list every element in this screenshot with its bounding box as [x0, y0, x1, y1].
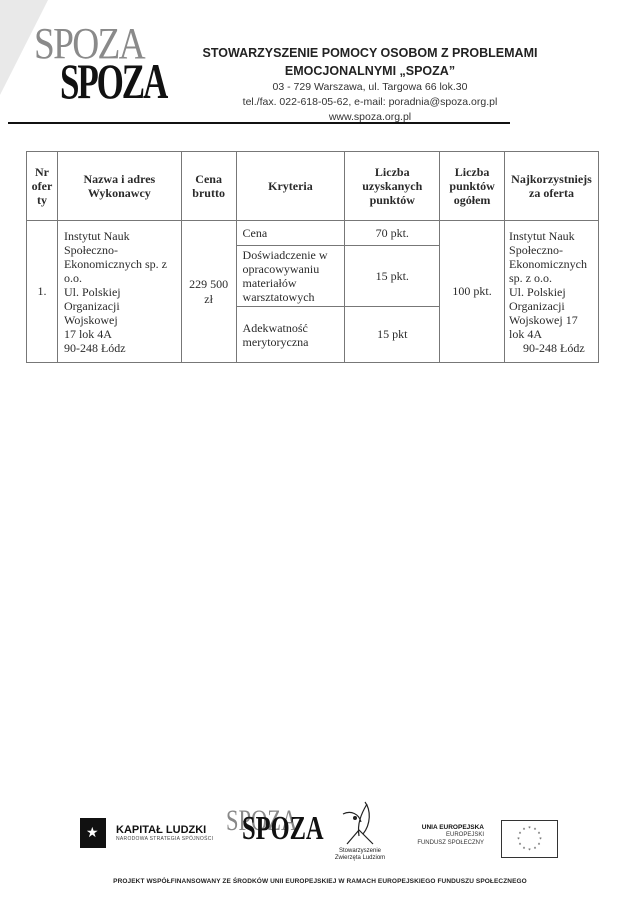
org-name-line2: EMOCJONALNYMI „SPOZA” — [170, 62, 570, 80]
eu-text: UNIA EUROPEJSKA EUROPEJSKI FUNDUSZ SPOŁE… — [410, 824, 484, 847]
spoza-logo-main: SPOZA — [60, 52, 166, 110]
spoza-footer-logo: SPOZA SPOZA — [226, 804, 306, 854]
svg-text:*: * — [534, 828, 537, 834]
org-contact: tel./fax. 022-618-05-62, e-mail: poradni… — [170, 95, 570, 110]
table-header-row: Nroferty Nazwa i adresWykonawcy Cenabrut… — [27, 152, 599, 221]
footer-logos: ★ KAPITAŁ LUDZKI NARODOWA STRATEGIA SPÓJ… — [80, 800, 550, 870]
col-header-total: Liczbapunktówogółem — [440, 152, 505, 221]
org-address: 03 - 729 Warszawa, ul. Targowa 66 lok.30 — [170, 80, 570, 95]
project-funding-note: PROJEKT WSPÓŁFINANSOWANY ZE ŚRODKÓW UNII… — [85, 878, 555, 885]
total-points: 100 pkt. — [440, 221, 505, 363]
col-header-price: Cenabrutto — [181, 152, 236, 221]
criterion-adequacy: Adekwatnośćmerytoryczna — [236, 307, 345, 363]
hand-paw-icon — [337, 800, 383, 848]
kapital-ludzki-icon: ★ — [80, 818, 106, 848]
svg-text:*: * — [528, 848, 531, 854]
spoza-logo: SPOZA SPOZA — [34, 18, 154, 108]
svg-text:*: * — [534, 847, 537, 853]
contractor-cell: Instytut NaukSpołeczno-Ekonomicznych sp.… — [57, 221, 181, 363]
offer-number: 1. — [27, 221, 58, 363]
col-header-criteria: Kryteria — [236, 152, 345, 221]
org-name-line1: STOWARZYSZENIE POMOCY OSOBOM Z PROBLEMAM… — [170, 44, 570, 62]
svg-text:*: * — [538, 843, 541, 849]
criterion-experience: Doświadczenie wopracowywaniumateriałówwa… — [236, 246, 345, 307]
best-offer-cell: Instytut NaukSpołeczno-Ekonomicznychsp. … — [505, 221, 599, 363]
svg-text:*: * — [523, 847, 526, 853]
svg-text:*: * — [523, 828, 526, 834]
header-divider — [8, 122, 510, 124]
zwierzeta-ludziom-logo: Stowarzyszenie Zwierzęta Ludziom — [325, 800, 395, 862]
col-header-nr: Nroferty — [27, 152, 58, 221]
svg-text:*: * — [519, 832, 522, 838]
svg-text:*: * — [519, 843, 522, 849]
svg-text:*: * — [528, 826, 531, 832]
criterion-adequacy-points: 15 pkt — [345, 307, 440, 363]
col-header-points: Liczbauzyskanychpunktów — [345, 152, 440, 221]
criterion-experience-points: 15 pkt. — [345, 246, 440, 307]
table-row: 1. Instytut NaukSpołeczno-Ekonomicznych … — [27, 221, 599, 246]
criterion-price: Cena — [236, 221, 345, 246]
offers-table: Nroferty Nazwa i adresWykonawcy Cenabrut… — [26, 151, 599, 363]
col-header-contractor: Nazwa i adresWykonawcy — [57, 152, 181, 221]
kapital-ludzki-logo: KAPITAŁ LUDZKI NARODOWA STRATEGIA SPÓJNO… — [116, 824, 213, 842]
col-header-best-offer: Najkorzystniejsza oferta — [505, 152, 599, 221]
eu-flag-icon: **** **** **** — [501, 820, 558, 858]
criterion-price-points: 70 pkt. — [345, 221, 440, 246]
organization-header: STOWARZYSZENIE POMOCY OSOBOM Z PROBLEMAM… — [170, 44, 570, 125]
price-cell: 229 500zł — [181, 221, 236, 363]
